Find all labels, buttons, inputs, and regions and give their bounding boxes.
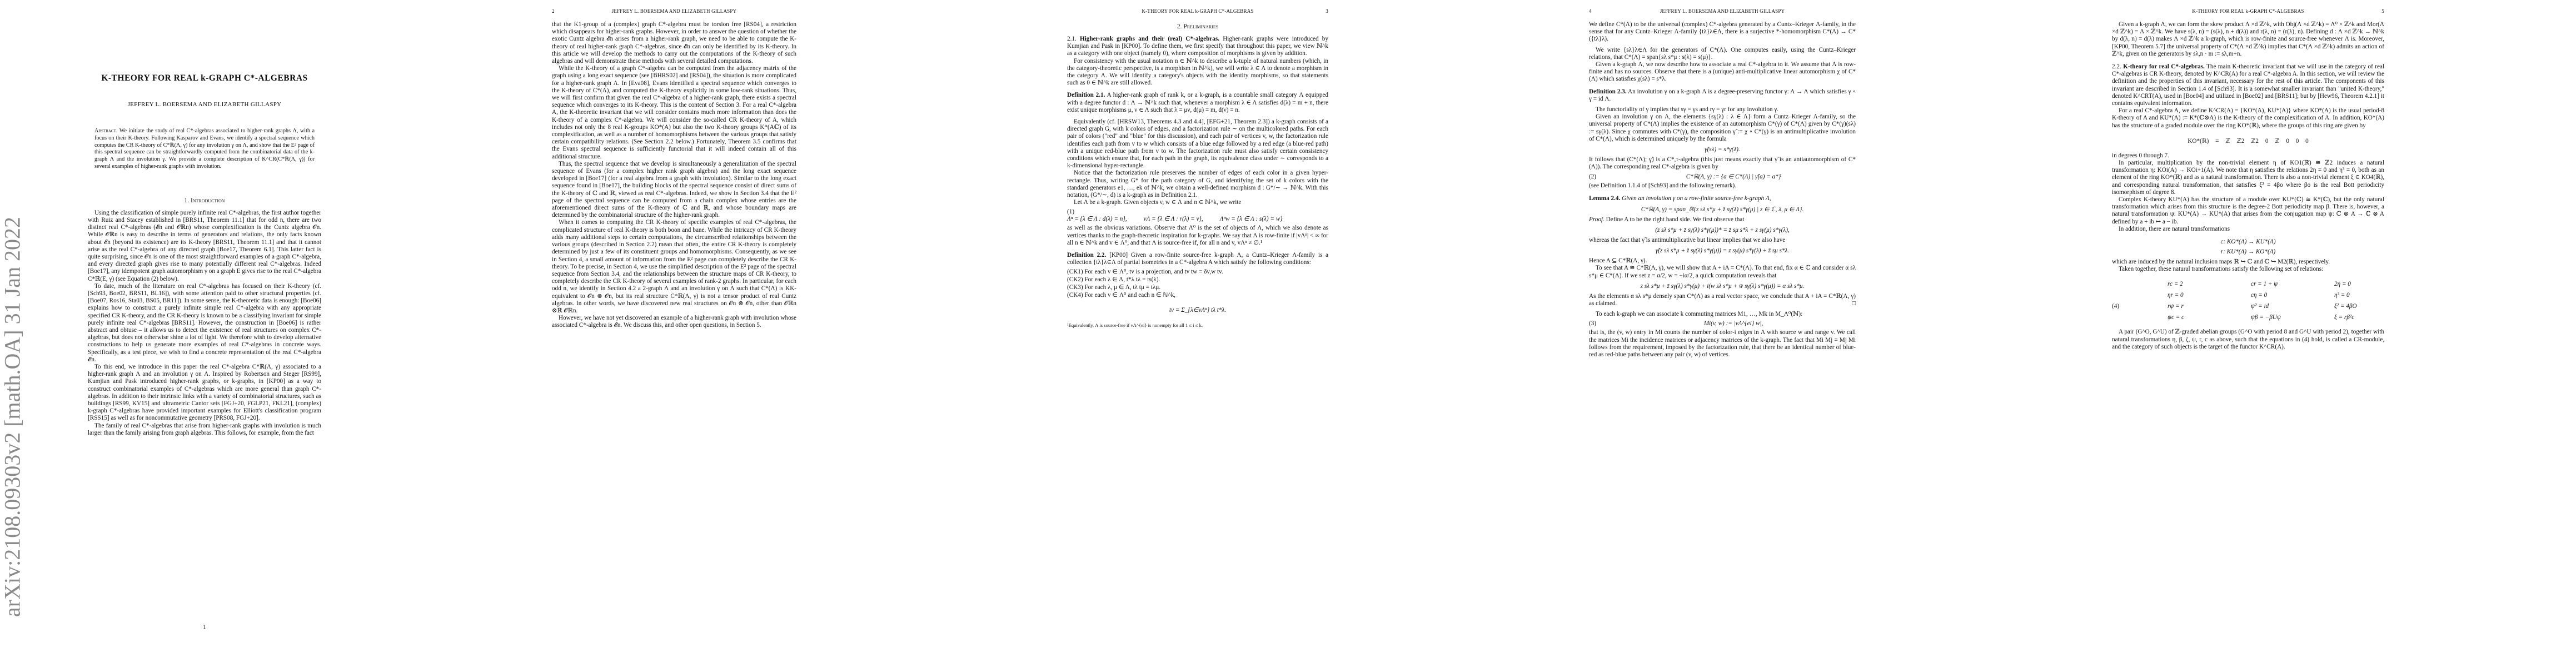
paragraph: Taken together, these natural transforma…: [2112, 266, 2384, 273]
paragraph: Equivalently (cf. [HRSW13, Theorems 4.3 …: [1067, 118, 1328, 170]
paragraph: Notice that the factorization rule prese…: [1067, 170, 1328, 199]
subsection-title: K-theory for real C*-algebras.: [2123, 63, 2205, 70]
subsection-number: 2.1.: [1067, 36, 1077, 42]
ko-group: ℤ2: [2236, 138, 2244, 145]
equation-1: (1) Λⁿ = {λ ∈ Λ : d(λ) = n}, vΛ = {λ ∈ Λ…: [1067, 208, 1328, 222]
paragraph: For a real C*-algebra A, we define K^CR(…: [2112, 107, 2384, 130]
paragraph: Complex K-theory KU*(A) has the structur…: [2112, 196, 2384, 226]
ck-condition: (CK3) For each λ, μ ∈ Λ, tλ tμ = tλμ.: [1067, 284, 1328, 292]
abstract-text: We initiate the study of real C*-algebra…: [94, 128, 315, 170]
proof-equation: (z sλ s*μ + z̄ sγ(λ) s*γ(μ))* = z̄ sμ s*…: [1589, 227, 1856, 233]
ko-group: 0: [2296, 138, 2299, 145]
paragraph: in degrees 0 through 7.: [2112, 152, 2384, 160]
equation-number: [2112, 281, 2134, 287]
equation-part: vΛ = {λ ∈ Λ : r(λ) = v},: [1144, 215, 1203, 222]
header-running-title: K-THEORY FOR REAL k-GRAPH C*-ALGEBRAS: [2112, 8, 2384, 14]
definition-text: An involution γ on a k-graph Λ is a degr…: [1589, 88, 1856, 102]
ck4-equation: tv = Σ_{λ∈vΛⁿ} tλ t*λ.: [1067, 306, 1328, 313]
paragraph: Using the classification of simple purel…: [88, 210, 321, 283]
page-number: 1: [88, 625, 321, 630]
equation-2: (2) C*ℝ(Λ, γ) := {a ∈ C*(Λ) | γ̃(a) = a*…: [1589, 173, 1856, 180]
paper-authors: JEFFREY L. BOERSEMA AND ELIZABETH GILLAS…: [88, 101, 321, 108]
relation: ψβ = −βUψ: [2218, 314, 2301, 321]
paragraph: As the elements α sλ s*μ densely span C*…: [1589, 293, 1856, 307]
ck-condition: (CK1) For each v ∈ Λ⁰, tv is a projectio…: [1067, 268, 1328, 276]
paragraph: While the K-theory of a graph C*-algebra…: [552, 65, 796, 161]
paragraph: In particular, multiplication by the non…: [2112, 160, 2384, 196]
relation: ξ = rβ²c: [2301, 314, 2384, 321]
paragraph-text: As the elements α sλ s*μ densely span C*…: [1589, 293, 1856, 307]
relation: rψ = r: [2134, 303, 2218, 310]
paragraph: The family of real C*-algebras that aris…: [88, 422, 321, 437]
paragraph: Let Λ be a k-graph. Given objects v, w ∈…: [1067, 199, 1328, 206]
equation-number: (2): [1589, 173, 1611, 180]
lemma-2-4: Lemma 2.4. Given an involution γ on a ro…: [1589, 195, 1856, 202]
paragraph: It follows that (C*(Λ); γ̃) is a C*,τ-al…: [1589, 156, 1856, 171]
ko-ring-label: KO*(ℝ) =: [2188, 138, 2219, 145]
equation-number: [2112, 292, 2134, 298]
ck-condition: (CK4) For each v ∈ Λ⁰ and each n ∈ ℕ^k,: [1067, 292, 1328, 300]
relations-table: rc = 2 cr = 1 + ψ 2η = 0 ηr = 0 cη = 0 η…: [2112, 281, 2384, 321]
relation: cη = 0: [2218, 292, 2301, 298]
arxiv-stamp-text: arXiv:2108.09303v2 [math.OA] 31 Jan 2022: [0, 217, 26, 617]
lemma-text: Given an involution γ on a row-finite so…: [1622, 195, 1771, 202]
paragraph: However, we have not yet discovered an e…: [552, 315, 796, 329]
equation-text: Mi(v, w) := |vΛ^{ei} w|,: [1611, 320, 1856, 327]
abstract: Abstract. We initiate the study of real …: [94, 128, 315, 171]
paragraph: A pair (G^O, G^U) of ℤ-graded abelian gr…: [2112, 328, 2384, 351]
paragraph: 2.1. Higher-rank graphs and their (real)…: [1067, 36, 1328, 58]
header-running-title: JEFFREY L. BOERSEMA AND ELIZABETH GILLAS…: [552, 8, 796, 14]
section-heading-introduction: 1. Introduction: [88, 197, 321, 204]
ko-group: ℤ2: [2251, 138, 2259, 145]
equation-number: (4): [2112, 303, 2134, 310]
paragraph: 2.2. K-theory for real C*-algebras. The …: [2112, 63, 2384, 107]
equation-3: (3) Mi(v, w) := |vΛ^{ei} w|,: [1589, 320, 1856, 327]
lemma-label: Lemma 2.4.: [1589, 195, 1620, 202]
relation: ξ² = 4βO: [2301, 303, 2384, 310]
equation-gamma-tilde: γ̃(sλ) = s*γ(λ).: [1589, 146, 1856, 153]
paragraph: For consistency with the usual notation …: [1067, 58, 1328, 87]
paragraph: To this end, we introduce in this paper …: [88, 364, 321, 422]
ck-conditions: (CK1) For each v ∈ Λ⁰, tv is a projectio…: [1067, 268, 1328, 299]
equation-number: (3): [1589, 320, 1611, 327]
paragraph: We define C*(Λ) to be the universal (com…: [1589, 21, 1856, 43]
page-5: K-THEORY FOR REAL k-GRAPH C*-ALGEBRAS 5 …: [2061, 0, 2576, 667]
equation-part: Λⁿw = {λ ∈ Λ : s(λ) = w}: [1220, 215, 1283, 222]
paragraph: Hence A ⊆ C*ℝ(Λ, γ).: [1589, 257, 1856, 265]
paragraph: whereas the fact that γ̃ is antimultipli…: [1589, 237, 1856, 244]
paragraph: Given a k-graph Λ, we now describe how t…: [1589, 61, 1856, 83]
ko-group: ℤ: [2225, 138, 2230, 145]
proof-text: Define A to be the right hand side. We f…: [1606, 216, 1745, 223]
subsection-title: Higher-rank graphs and their (real) C*-a…: [1080, 36, 1219, 42]
footnote: ¹Equivalently, Λ is source-free if vΛ^{e…: [1067, 320, 1289, 328]
paragraph: that is, the (v, w) entry in Mi counts t…: [1589, 329, 1856, 359]
abstract-label: Abstract.: [94, 128, 117, 134]
definition-label: Definition 2.1.: [1067, 92, 1105, 98]
paragraph: To date, much of the literature on real …: [88, 283, 321, 364]
ko-group: 0: [2265, 138, 2269, 145]
paragraph: To see that A ≅ C*ℝ(Λ, γ), we will show …: [1589, 265, 1856, 279]
map-c: c: KO*(A) → KU*(A): [2112, 238, 2384, 245]
definition-text: [KP00] Given a row-finite source-free k-…: [1067, 252, 1328, 266]
paragraph: Given an involution γ on Λ, the elements…: [1589, 113, 1856, 143]
relation: η³ = 0: [2301, 292, 2384, 298]
page-2: 2 JEFFREY L. BOERSEMA AND ELIZABETH GILL…: [515, 0, 1030, 667]
paragraph: that the K1-group of a (complex) graph C…: [552, 21, 796, 65]
proof-equation: z sλ s*μ + z̄ sγ(λ) s*γ(μ) + i(w sλ s*μ …: [1589, 283, 1856, 290]
paragraph: (see Definition 1.1.4 of [Sch93] and the…: [1589, 182, 1856, 190]
ck-condition: (CK2) For each λ ∈ Λ, t*λ tλ = ts(λ).: [1067, 276, 1328, 284]
relation: cr = 1 + ψ: [2218, 281, 2301, 287]
page-4: 4 JEFFREY L. BOERSEMA AND ELIZABETH GILL…: [1546, 0, 2061, 667]
equation-part: Λⁿ = {λ ∈ Λ : d(λ) = n},: [1067, 215, 1127, 222]
relation: ηr = 0: [2134, 292, 2218, 298]
qed-symbol: □: [1852, 300, 1856, 307]
map-r: r: KU*(A) → KO*(A): [2112, 248, 2384, 255]
paragraph: When it comes to computing the CR K-theo…: [552, 219, 796, 315]
relation: rc = 2: [2134, 281, 2218, 287]
equation-number: (1): [1067, 208, 1328, 215]
equation-text: C*ℝ(Λ, γ) := {a ∈ C*(Λ) | γ̃(a) = a*}: [1611, 173, 1856, 180]
relation: ψ² = id: [2218, 303, 2301, 310]
proof-equation: γ̃(z sλ s*μ + z̄ sγ(λ) s*γ(μ)) = z sγ(μ)…: [1589, 247, 1856, 254]
ko-group: 0: [2305, 138, 2309, 145]
paragraph: Given a k-graph Λ, we can form the skew …: [2112, 21, 2384, 58]
definition-label: Definition 2.3.: [1589, 88, 1627, 95]
page-1: arXiv:2108.09303v2 [math.OA] 31 Jan 2022…: [0, 0, 515, 667]
paper-title: K-THEORY FOR REAL k-GRAPH C*-ALGEBRAS: [88, 73, 321, 83]
ko-ring-groups: KO*(ℝ) = ℤ ℤ2 ℤ2 0 ℤ 0 0 0: [2112, 137, 2384, 145]
paragraph: which are induced by the natural inclusi…: [2112, 258, 2384, 266]
header-page-number: 5: [2381, 8, 2384, 14]
ko-group: ℤ: [2275, 138, 2279, 145]
section-heading-preliminaries: 2. Preliminaries: [1067, 23, 1328, 30]
definition-label: Definition 2.2.: [1067, 252, 1106, 258]
proof: Proof. Define A to be the right hand sid…: [1589, 216, 1856, 223]
paragraph: In addition, there are natural transform…: [2112, 226, 2384, 233]
paragraph: We write {sλ}λ∈Λ for the generators of C…: [1589, 47, 1856, 61]
ko-group: 0: [2286, 138, 2289, 145]
paragraph: To each k-graph we can associate k commu…: [1589, 311, 1856, 318]
arxiv-stamp: arXiv:2108.09303v2 [math.OA] 31 Jan 2022: [1, 178, 23, 656]
lemma-equation: C*ℝ(Λ, γ) = span_ℝ{z sλ s*μ + z̄ sγ(λ) s…: [1589, 206, 1856, 213]
paragraph: Thus, the spectral sequence that we deve…: [552, 161, 796, 220]
definition-2-1: Definition 2.1. A higher-rank graph of r…: [1067, 92, 1328, 114]
definition-text: A higher-rank graph of rank k, or a k-gr…: [1067, 92, 1328, 113]
relation: 2η = 0: [2301, 281, 2384, 287]
page-3: K-THEORY FOR REAL k-GRAPH C*-ALGEBRAS 3 …: [1030, 0, 1546, 667]
header-running-title: JEFFREY L. BOERSEMA AND ELIZABETH GILLAS…: [1589, 8, 1856, 14]
subsection-number: 2.2.: [2112, 63, 2121, 70]
paragraph: as well as the obvious variations. Obser…: [1067, 225, 1328, 247]
definition-2-2: Definition 2.2. [KP00] Given a row-finit…: [1067, 252, 1328, 266]
equation-number: [2112, 314, 2134, 321]
relation: ψc = c: [2134, 314, 2218, 321]
paragraph: The functoriality of γ implies that sγ =…: [1589, 106, 1856, 113]
definition-2-3: Definition 2.3. An involution γ on a k-g…: [1589, 88, 1856, 103]
proof-label: Proof.: [1589, 216, 1605, 223]
